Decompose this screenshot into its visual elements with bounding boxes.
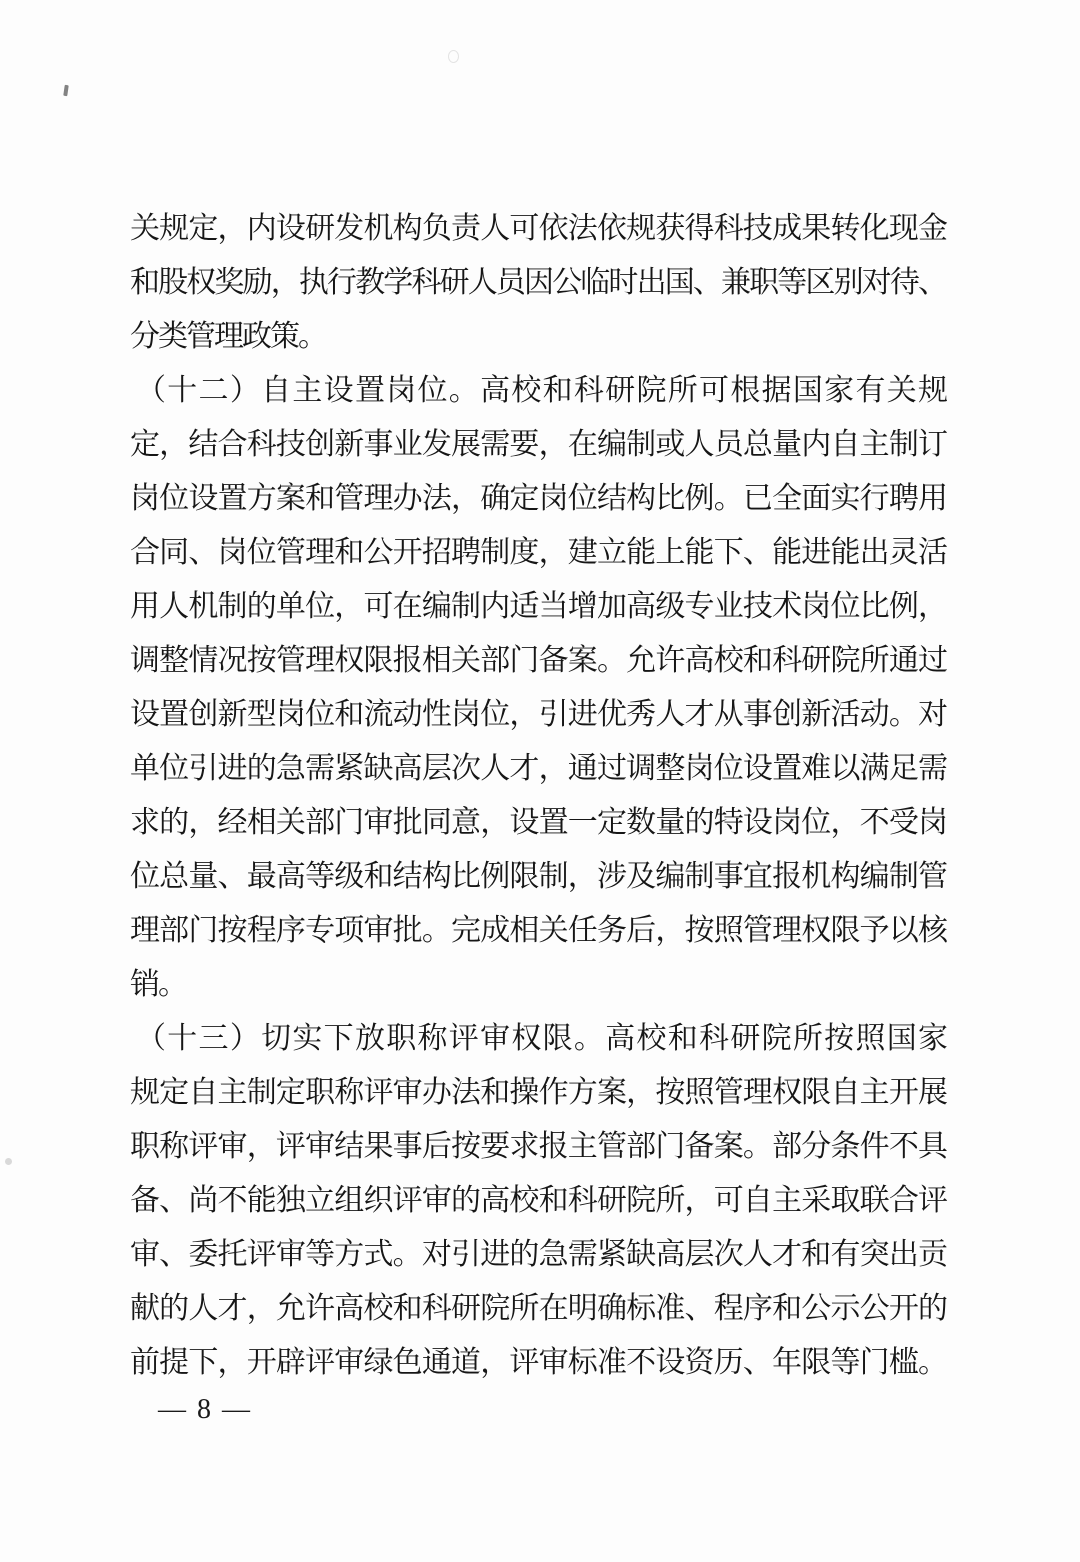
scan-artifact-tick [63,85,68,96]
document-page: 关规定，内设研发机构负责人可依法依规获得科技成果转化现金 和股权奖励，执行教学科… [0,0,1080,1562]
text-line: 规定自主制定职称评审办法和操作方案，按照管理权限自主开展 [130,1066,946,1120]
scan-artifact-dot [5,1158,12,1165]
text-line: 职称评审，评审结果事后按要求报主管部门备案。部分条件不具 [130,1120,946,1174]
text-line: 位总量、最高等级和结构比例限制，涉及编制事宜报机构编制管 [130,850,946,904]
text-line: 销。 [130,958,946,1012]
text-line: 理部门按程序专项审批。完成相关任务后，按照管理权限予以核 [130,904,946,958]
text-line: 审、委托评审等方式。对引进的急需紧缺高层次人才和有突出贡 [130,1228,946,1282]
page-number: — 8 — [158,1394,252,1426]
text-line: （十三）切实下放职称评审权限。高校和科研院所按照国家 [130,1012,946,1066]
text-line: 定，结合科技创新事业发展需要，在编制或人员总量内自主制订 [130,418,946,472]
scan-artifact-ring [448,50,459,63]
text-line: 设置创新型岗位和流动性岗位，引进优秀人才从事创新活动。对 [130,688,946,742]
text-line: 前提下，开辟评审绿色通道，评审标准不设资历、年限等门槛。 [130,1336,946,1390]
text-line: 调整情况按管理权限报相关部门备案。允许高校和科研院所通过 [130,634,946,688]
text-line: 关规定，内设研发机构负责人可依法依规获得科技成果转化现金 [130,202,946,256]
text-line: （十二）自主设置岗位。高校和科研院所可根据国家有关规 [130,364,946,418]
text-line: 合同、岗位管理和公开招聘制度，建立能上能下、能进能出灵活 [130,526,946,580]
text-line: 用人机制的单位，可在编制内适当增加高级专业技术岗位比例， [130,580,946,634]
text-line: 分类管理政策。 [130,310,946,364]
text-line: 备、尚不能独立组织评审的高校和科研院所，可自主采取联合评 [130,1174,946,1228]
text-line: 单位引进的急需紧缺高层次人才，通过调整岗位设置难以满足需 [130,742,946,796]
text-line: 求的，经相关部门审批同意，设置一定数量的特设岗位，不受岗 [130,796,946,850]
text-line: 献的人才，允许高校和科研院所在明确标准、程序和公示公开的 [130,1282,946,1336]
text-line: 和股权奖励，执行教学科研人员因公临时出国、兼职等区别对待、 [130,256,946,310]
body-text: 关规定，内设研发机构负责人可依法依规获得科技成果转化现金 和股权奖励，执行教学科… [130,202,946,1390]
text-line: 岗位设置方案和管理办法，确定岗位结构比例。已全面实行聘用 [130,472,946,526]
